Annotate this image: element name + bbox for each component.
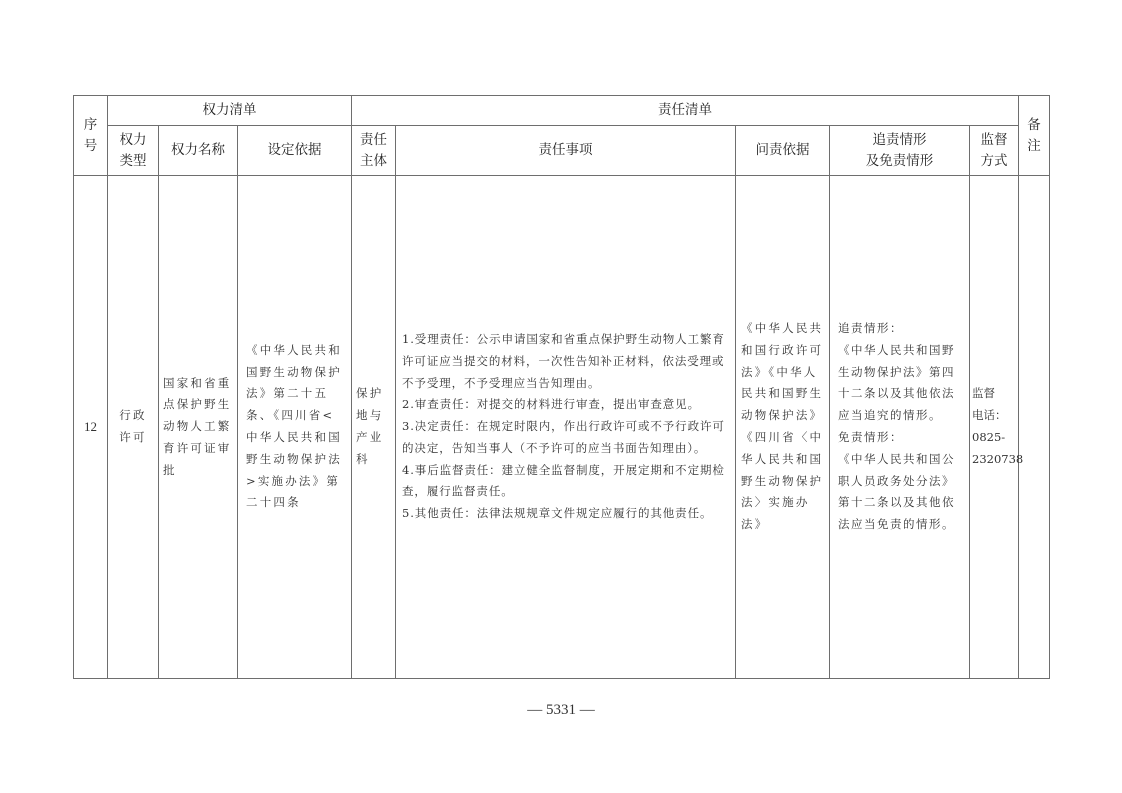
- table-row: 12 行政 许可 国家和省重点保护野生动物人工繁育许可证审批 《中华人民共和国野…: [74, 176, 1050, 679]
- accountability-basis-cell: 《中华人民共和国行政许可法》《中华人民共和国野生动物保护法》《四川省〈中华人民共…: [736, 176, 830, 679]
- responsibility-item: 2.审查责任：对提交的材料进行审查，提出审查意见。: [402, 394, 729, 416]
- supervision-method-header: 监督 方式: [970, 126, 1019, 176]
- responsibilities-cell: 1.受理责任：公示申请国家和省重点保护野生动物人工繁育许可证应当提交的材料，一次…: [396, 176, 736, 679]
- responsible-body-cell: 保护地与产业科: [352, 176, 396, 679]
- responsible-body-header: 责任 主体: [352, 126, 396, 176]
- power-name-cell: 国家和省重点保护野生动物人工繁育许可证审批: [159, 176, 238, 679]
- responsibility-item: 1.受理责任：公示申请国家和省重点保护野生动物人工繁育许可证应当提交的材料，一次…: [402, 329, 729, 394]
- remarks-header: 备 注: [1019, 96, 1050, 176]
- index-header: 序 号: [74, 96, 108, 176]
- legal-basis-header: 设定依据: [238, 126, 352, 176]
- power-type-cell: 行政 许可: [108, 176, 159, 679]
- responsibility-item: 4.事后监督责任：建立健全监督制度，开展定期和不定期检查，履行监督责任。: [402, 460, 729, 504]
- power-type-header: 权力 类型: [108, 126, 159, 176]
- page-number: — 5331 —: [0, 702, 1122, 719]
- power-name-header: 权力名称: [159, 126, 238, 176]
- remarks-cell: [1019, 176, 1050, 679]
- exemption-text: 《中华人民共和国公职人员政务处分法》第十二条以及其他依法应当免责的情形。: [838, 449, 963, 536]
- supervision-method-cell: 监督 电话： 0825- 2320738: [970, 176, 1019, 679]
- power-list-header: 权力清单: [108, 96, 352, 126]
- responsibility-item: 3.决定责任：在规定时限内，作出行政许可或不予行政许可的决定，告知当事人（不予许…: [402, 416, 729, 460]
- power-responsibility-table: 序 号 权力清单 责任清单 备 注 权力 类型 权力名称 设定依据 责任 主体 …: [73, 95, 1050, 679]
- responsibilities-header: 责任事项: [396, 126, 736, 176]
- accountability-exemption-cell: 追责情形： 《中华人民共和国野生动物保护法》第四十二条以及其他依法应当追究的情形…: [830, 176, 970, 679]
- accountability-exemption-header: 追责情形 及免责情形: [830, 126, 970, 176]
- accountability-basis-header: 问责依据: [736, 126, 830, 176]
- accountability-text: 《中华人民共和国野生动物保护法》第四十二条以及其他依法应当追究的情形。: [838, 340, 963, 427]
- exemption-label: 免责情形：: [838, 427, 963, 449]
- group-header-row: 序 号 权力清单 责任清单 备 注: [74, 96, 1050, 126]
- column-header-row: 权力 类型 权力名称 设定依据 责任 主体 责任事项 问责依据 追责情形 及免责…: [74, 126, 1050, 176]
- responsibility-item: 5.其他责任：法律法规规章文件规定应履行的其他责任。: [402, 503, 729, 525]
- legal-basis-cell: 《中华人民共和国野生动物保护法》第二十五条、《四川省<中华人民共和国野生动物保护…: [238, 176, 352, 679]
- accountability-label: 追责情形：: [838, 318, 963, 340]
- row-index: 12: [74, 176, 108, 679]
- responsibility-list-header: 责任清单: [352, 96, 1019, 126]
